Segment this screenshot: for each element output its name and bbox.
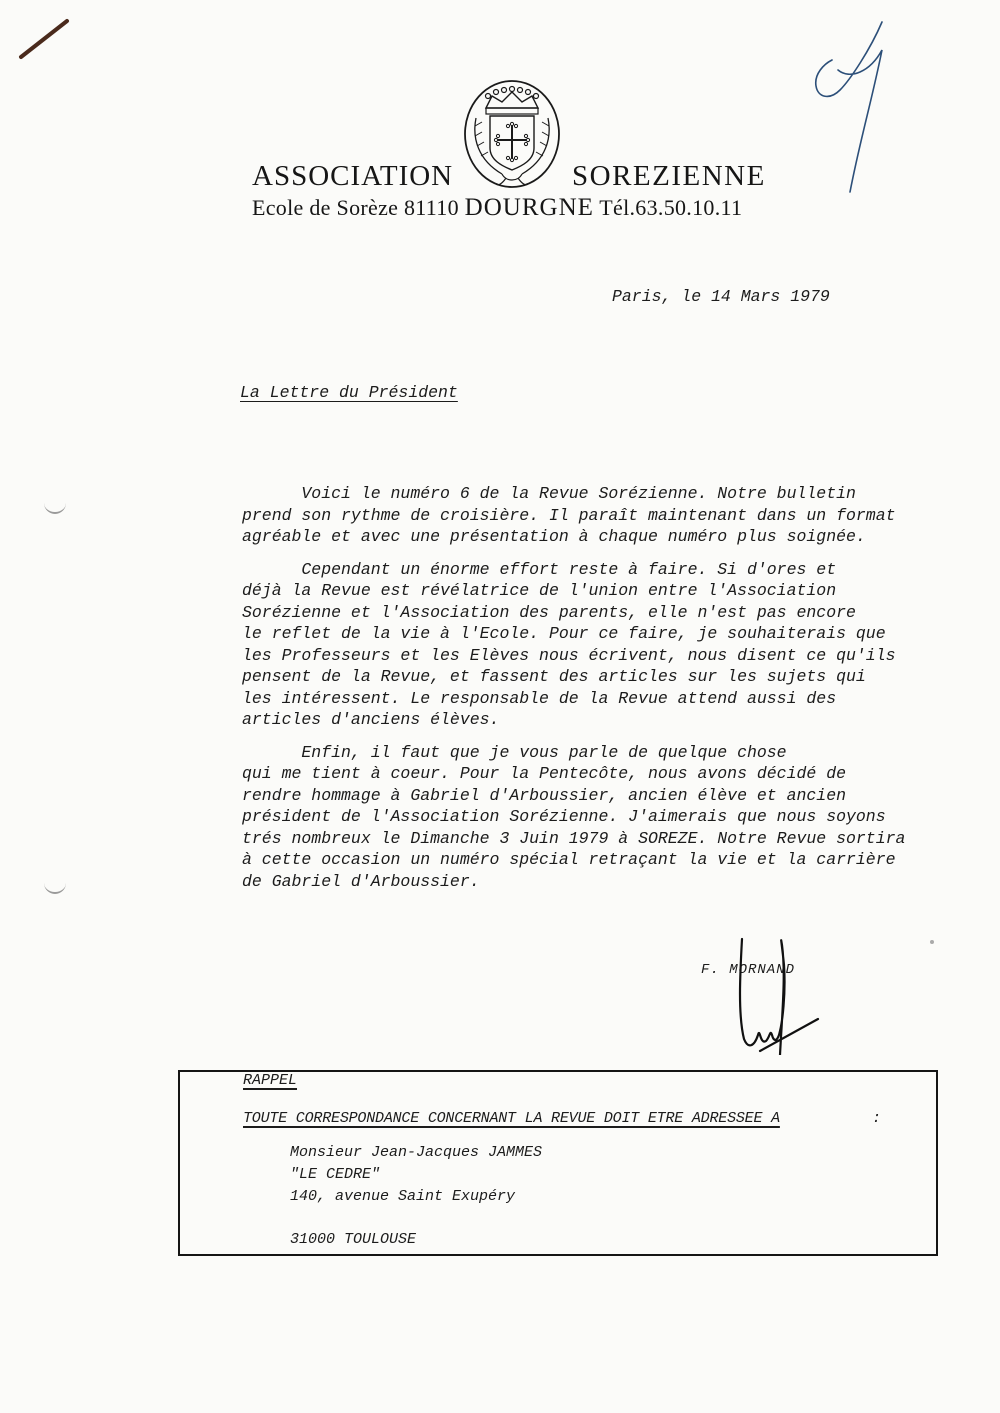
letterhead-address: Ecole de Sorèze 81110 DOURGNE Tél.63.50.… [252, 194, 742, 222]
reminder-label: RAPPEL [243, 1072, 297, 1089]
paragraph: Voici le numéro 6 de la Revue Sorézienne… [242, 483, 942, 548]
coat-of-arms-icon [462, 78, 562, 190]
paragraph: Cependant un énorme effort reste à faire… [242, 559, 942, 731]
address-line: Monsieur Jean-Jacques JAMMES [290, 1142, 542, 1164]
address-line: 140, avenue Saint Exupéry [290, 1186, 542, 1208]
reminder-colon: : [872, 1110, 881, 1127]
staple-mark [15, 15, 75, 65]
letterhead-school: Ecole de Sorèze 81110 [252, 195, 465, 220]
handwritten-signature-icon [730, 935, 830, 1055]
handwritten-annotation-icon [810, 20, 890, 200]
letter-title: La Lettre du Président [240, 383, 458, 402]
letterhead-phone: Tél.63.50.10.11 [594, 195, 742, 220]
address-postal-line: 31000 TOULOUSE [290, 1229, 542, 1251]
reminder-heading: TOUTE CORRESPONDANCE CONCERNANT LA REVUE… [243, 1110, 780, 1127]
letterhead-city: DOURGNE [465, 194, 594, 221]
speck [930, 940, 934, 944]
letter-body: Voici le numéro 6 de la Revue Sorézienne… [242, 483, 942, 903]
punch-hole [44, 498, 66, 514]
letterhead-name-left: ASSOCIATION [252, 160, 453, 193]
punch-hole [44, 878, 66, 894]
letterhead-name-right: SOREZIENNE [572, 160, 766, 193]
letter-date: Paris, le 14 Mars 1979 [612, 287, 830, 306]
paragraph: Enfin, il faut que je vous parle de quel… [242, 742, 942, 893]
correspondence-address: Monsieur Jean-Jacques JAMMES "LE CEDRE" … [290, 1142, 542, 1251]
address-line: "LE CEDRE" [290, 1164, 542, 1186]
